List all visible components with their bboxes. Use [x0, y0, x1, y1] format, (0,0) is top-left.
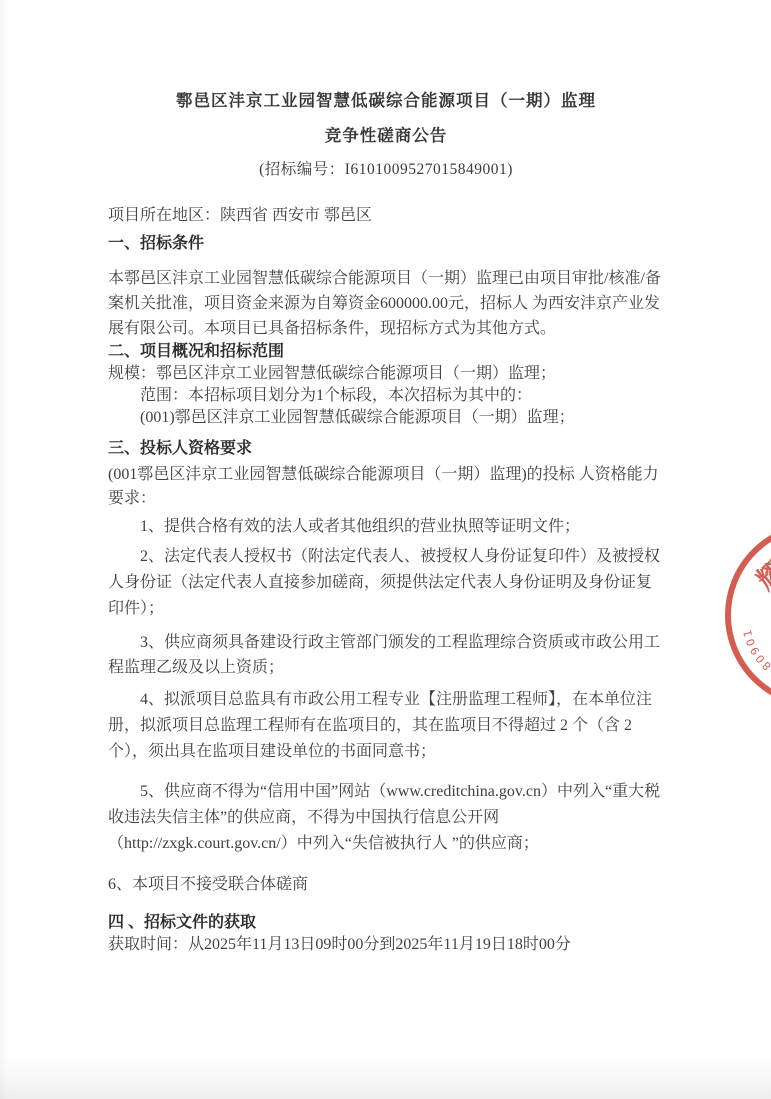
tender-number: (招标编号：I6101009527015849001): [108, 159, 664, 181]
section1-heading: 一、招标条件: [108, 233, 664, 255]
project-location: 项目所在地区：陕西省 西安市 鄠邑区: [108, 205, 664, 227]
qualification-item-5: 5、供应商不得为“信用中国”网站（www.creditchina.gov.cn）…: [108, 779, 664, 857]
document-page: 鄠邑区沣京工业园智慧低碳综合能源项目（一期）监理 竞争性磋商公告 (招标编号：I…: [0, 0, 771, 1099]
qualification-item-3: 3、供应商须具备建设行政主管部门颁发的工程监理综合资质或市政公用工程监理乙级及以…: [108, 630, 664, 680]
scale-line: 规模：鄠邑区沣京工业园智慧低碳综合能源项目（一期）监理；: [108, 363, 664, 385]
lot-line: (001)鄠邑区沣京工业园智慧低碳综合能源项目（一期）监理；: [108, 407, 664, 429]
scope-line: 范围：本招标项目划分为1个标段，本次招标为其中的：: [108, 385, 664, 407]
qualification-item-4: 4、拟派项目总监具有市政公用工程专业【注册监理工程师】，在本单位注册，拟派项目总…: [108, 687, 664, 765]
qualification-item-6: 6、本项目不接受联合体磋商: [108, 874, 664, 896]
qualification-intro: (001鄠邑区沣京工业园智慧低碳综合能源项目（一期）监理)的投标 人资格能力要求…: [108, 463, 664, 511]
section2-heading: 二、项目概况和招标范围: [108, 341, 664, 363]
section4-heading: 四 、招标文件的获取: [108, 912, 664, 934]
section1-body: 本鄠邑区沣京工业园智慧低碳综合能源项目（一期）监理已由项目审批/核准/备案机关批…: [108, 266, 664, 341]
scan-shadow-left: [0, 0, 10, 1099]
acquisition-time: 获取时间：从2025年11月13日09时00分到2025年11月19日18时00…: [108, 934, 664, 956]
section3-heading: 三、投标人资格要求: [108, 438, 664, 460]
doc-subtitle: 竞争性磋商公告: [108, 125, 664, 147]
qualification-item-1: 1、提供合格有效的法人或者其他组织的营业执照等证明文件；: [108, 516, 664, 538]
qualification-item-2: 2、法定代表人授权书（附法定代表人、被授权人身份证复印件）及被授权人身份证（法定…: [108, 544, 664, 622]
scan-shadow-bottom: [0, 1053, 771, 1099]
doc-title: 鄠邑区沣京工业园智慧低碳综合能源项目（一期）监理: [108, 90, 664, 112]
document-content: 鄠邑区沣京工业园智慧低碳综合能源项目（一期）监理 竞争性磋商公告 (招标编号：I…: [0, 0, 771, 956]
